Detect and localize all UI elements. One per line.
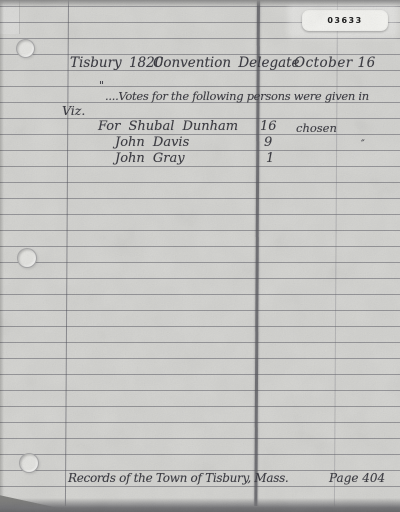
- title-event: Convention Delegate: [153, 55, 300, 71]
- title-date: October 16: [294, 55, 376, 71]
- ledger-page: 03633 Tisbury 1820 Convention Delegate O…: [0, 0, 400, 512]
- vote-row-name: John Gray: [115, 151, 185, 167]
- footer-page-number: Page 404: [329, 470, 385, 486]
- vote-row-name: For Shubal Dunham: [98, 119, 238, 135]
- scanned-document: 03633 Tisbury 1820 Convention Delegate O…: [0, 0, 400, 512]
- vote-row-name: John Davis: [115, 135, 189, 151]
- intro-continuation: Viz.: [62, 103, 85, 119]
- punch-hole-bottom: [19, 453, 39, 473]
- vote-row-count: 9: [264, 135, 272, 151]
- vote-row-count: 16: [260, 119, 277, 135]
- scan-edge-bottom: [0, 498, 400, 512]
- scan-edge-top: [0, 0, 400, 7]
- vote-row-ditto-mark: ″: [361, 137, 365, 153]
- ruled-lines: [0, 6, 400, 487]
- punch-hole-top: [16, 39, 35, 58]
- opening-quote-mark: ": [99, 78, 104, 94]
- catalog-number: 03633: [327, 16, 362, 25]
- vote-row-note: chosen: [296, 120, 337, 136]
- punch-hole-middle: [17, 248, 37, 268]
- footer-source-citation: Records of the Town of Tisbury, Mass.: [68, 470, 288, 486]
- scan-edge-left: [0, 0, 4, 512]
- vote-row-count: 1: [266, 151, 274, 167]
- title-town-year: Tisbury 1820: [70, 55, 163, 71]
- intro-line: ....Votes for the following persons were…: [105, 88, 369, 104]
- catalog-number-sticker: 03633: [302, 10, 388, 31]
